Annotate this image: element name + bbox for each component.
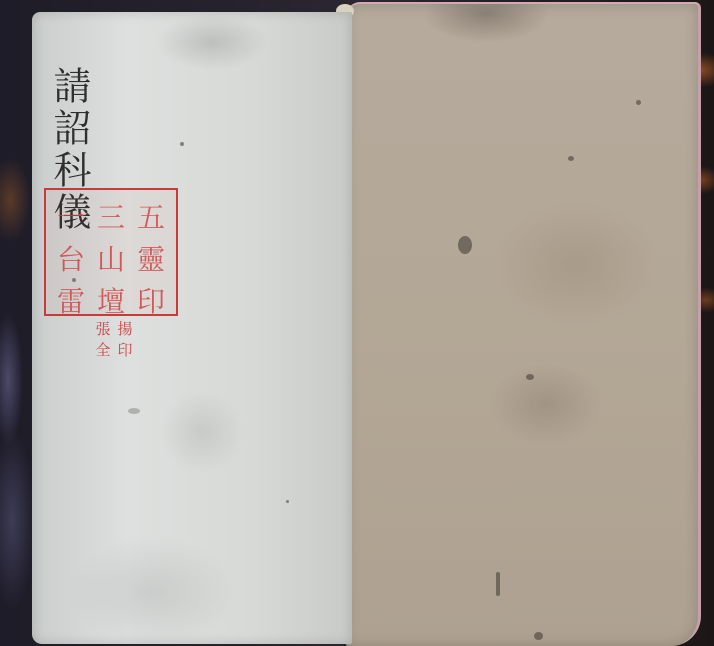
seal-char: 靈 [132,238,170,278]
seal-char: 三 [92,196,130,236]
seal-char: 全 [92,339,114,360]
seal-char: 五 [132,196,170,236]
seal-char: 揚 [114,318,136,339]
seal-char: 一 [52,196,90,236]
seal-char: 山 [92,238,130,278]
seal-char: 台 [52,238,90,278]
right-page-stained [346,2,701,646]
seal-char: 印 [132,280,170,320]
seal-char: 雷 [52,280,90,320]
large-red-seal: 一 三 五 台 山 靈 雷 壇 印 [44,188,178,316]
seal-char: 張 [92,318,114,339]
seal-char: 印 [114,339,136,360]
small-red-seal: 張 揚 全 印 [92,318,136,358]
seal-char: 壇 [92,280,130,320]
